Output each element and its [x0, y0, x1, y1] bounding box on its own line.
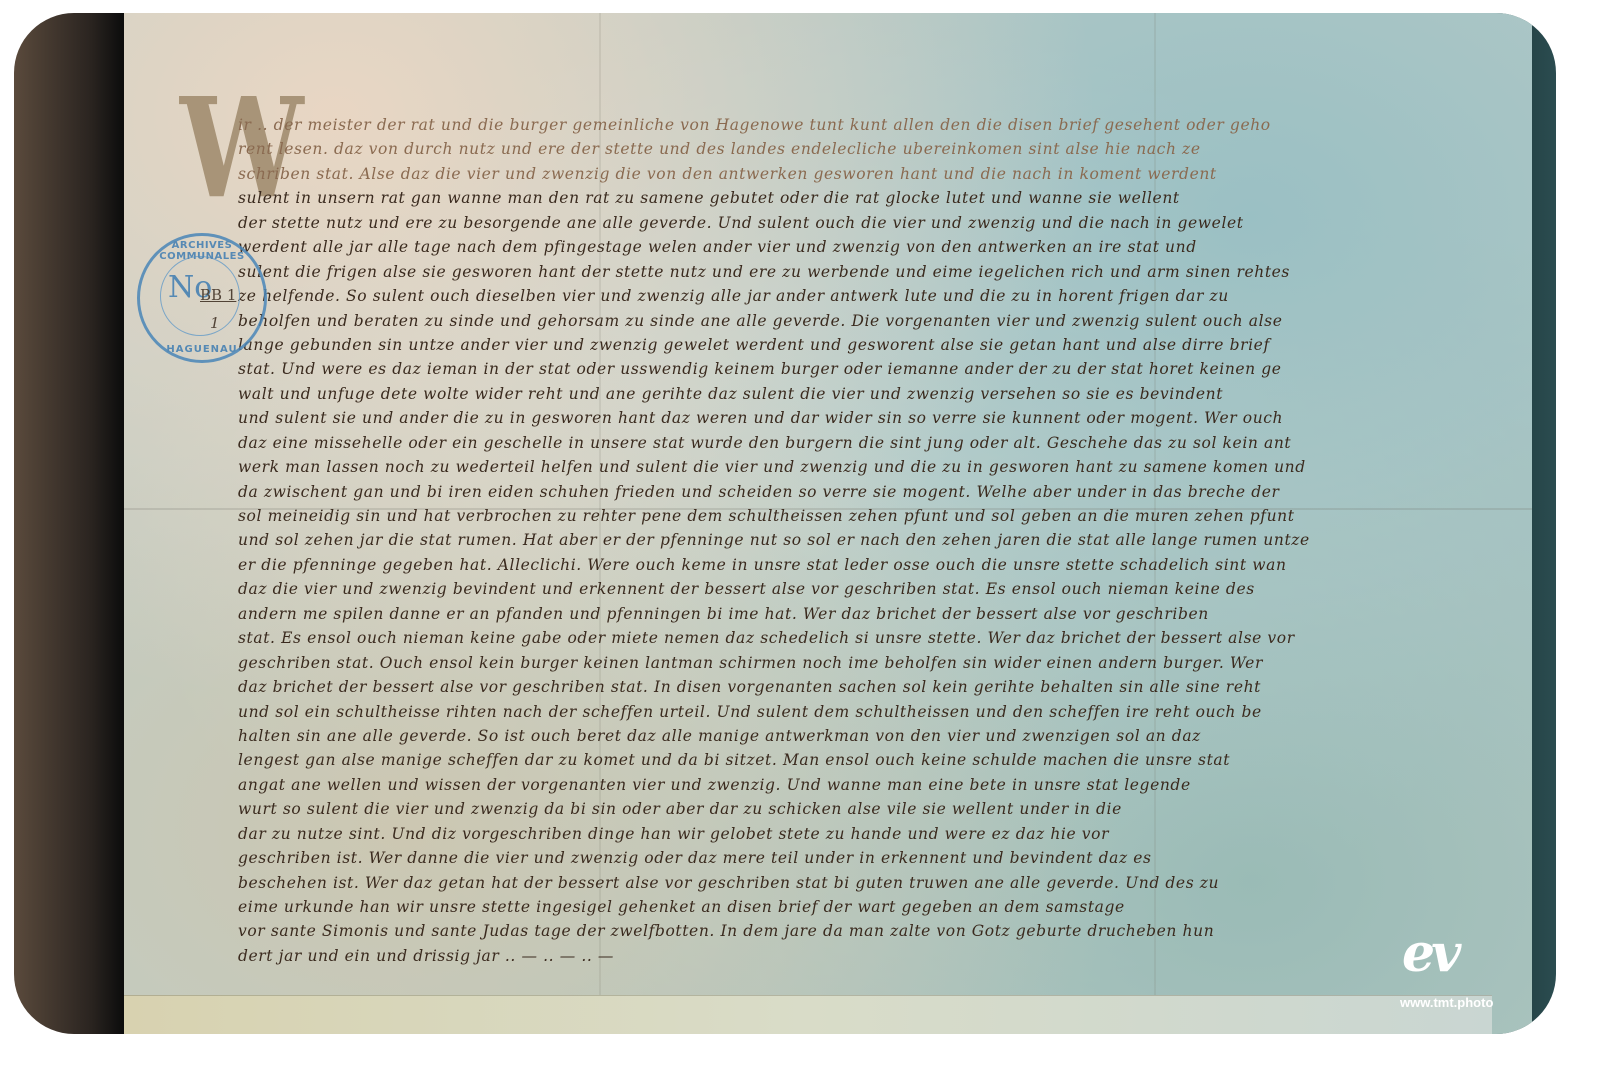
- manuscript-line: geschriben ist. Wer danne die vier und z…: [238, 846, 1518, 870]
- manuscript-line: stat. Es ensol ouch nieman keine gabe od…: [238, 626, 1518, 650]
- manuscript-line: da zwischent gan und bi iren eiden schuh…: [238, 480, 1518, 504]
- manuscript-line: ze helfende. So sulent ouch dieselben vi…: [238, 284, 1518, 308]
- manuscript-line: dert jar und ein und drissig jar .. — ..…: [238, 944, 1518, 968]
- manuscript-line: wurt so sulent die vier und zwenzig da b…: [238, 797, 1518, 821]
- archive-stamp: ARCHIVES COMMUNALES No BB 1 1 HAGUENAU: [137, 233, 267, 363]
- manuscript-line: rent lesen. daz von durch nutz und ere d…: [238, 137, 1518, 161]
- manuscript-line: halten sin ane alle geverde. So ist ouch…: [238, 724, 1518, 748]
- manuscript-line: vor sante Simonis und sante Judas tage d…: [238, 919, 1518, 943]
- manuscript-line: sol meineidig sin und hat verbrochen zu …: [238, 504, 1518, 528]
- manuscript-line: angat ane wellen und wissen der vorgenan…: [238, 773, 1518, 797]
- watermark-url: www.tmt.photo: [1400, 995, 1493, 1010]
- manuscript-line: und sulent sie und ander die zu in geswo…: [238, 406, 1518, 430]
- manuscript-line: andern me spilen danne er an pfanden und…: [238, 602, 1518, 626]
- manuscript-line: stat. Und were es daz ieman in der stat …: [238, 357, 1518, 381]
- manuscript-line: lengest gan alse manige scheffen dar zu …: [238, 748, 1518, 772]
- manuscript-line: walt und unfuge dete wolte wider reht un…: [238, 382, 1518, 406]
- manuscript-line: und sol zehen jar die stat rumen. Hat ab…: [238, 528, 1518, 552]
- manuscript-line: werdent alle jar alle tage nach dem pfin…: [238, 235, 1518, 259]
- manuscript-line: er die pfenninge gegeben hat. Alleclichi…: [238, 553, 1518, 577]
- manuscript-line: daz die vier und zwenzig bevindent und e…: [238, 577, 1518, 601]
- manuscript-line: werk man lassen noch zu wederteil helfen…: [238, 455, 1518, 479]
- manuscript-line: der stette nutz und ere zu besorgende an…: [238, 211, 1518, 235]
- stamp-ring-top-text: ARCHIVES COMMUNALES: [140, 240, 264, 262]
- manuscript-line: sulent die frigen alse sie gesworen hant…: [238, 260, 1518, 284]
- photographer-watermark: ev www.tmt.photo: [1390, 928, 1530, 1013]
- manuscript-line: beschehen ist. Wer daz getan hat der bes…: [238, 871, 1518, 895]
- manuscript-text: ir .. der meister der rat und die burger…: [238, 113, 1518, 968]
- stamp-ring-bottom-text: HAGUENAU: [140, 344, 264, 355]
- manuscript-line: geschriben stat. Ouch ensol kein burger …: [238, 651, 1518, 675]
- stamp-item-number: 1: [210, 314, 220, 332]
- manuscript-line: daz eine missehelle oder ein geschelle i…: [238, 431, 1518, 455]
- manuscript-line: schriben stat. Alse daz die vier und zwe…: [238, 162, 1518, 186]
- manuscript-line: sulent in unsern rat gan wanne man den r…: [238, 186, 1518, 210]
- manuscript-line: dar zu nutze sint. Und diz vorgeschriben…: [238, 822, 1518, 846]
- watermark-logo-icon: ev: [1390, 928, 1530, 980]
- manuscript-line: daz brichet der bessert alse vor geschri…: [238, 675, 1518, 699]
- stamp-code: BB 1: [200, 286, 236, 304]
- manuscript-line: lange gebunden sin untze ander vier und …: [238, 333, 1518, 357]
- manuscript-line: und sol ein schultheisse rihten nach der…: [238, 700, 1518, 724]
- parchment-bottom-flap: [124, 995, 1492, 1034]
- manuscript-line: beholfen und beraten zu sinde und gehors…: [238, 309, 1518, 333]
- manuscript-line: ir .. der meister der rat und die burger…: [238, 113, 1518, 137]
- manuscript-line: eime urkunde han wir unsre stette ingesi…: [238, 895, 1518, 919]
